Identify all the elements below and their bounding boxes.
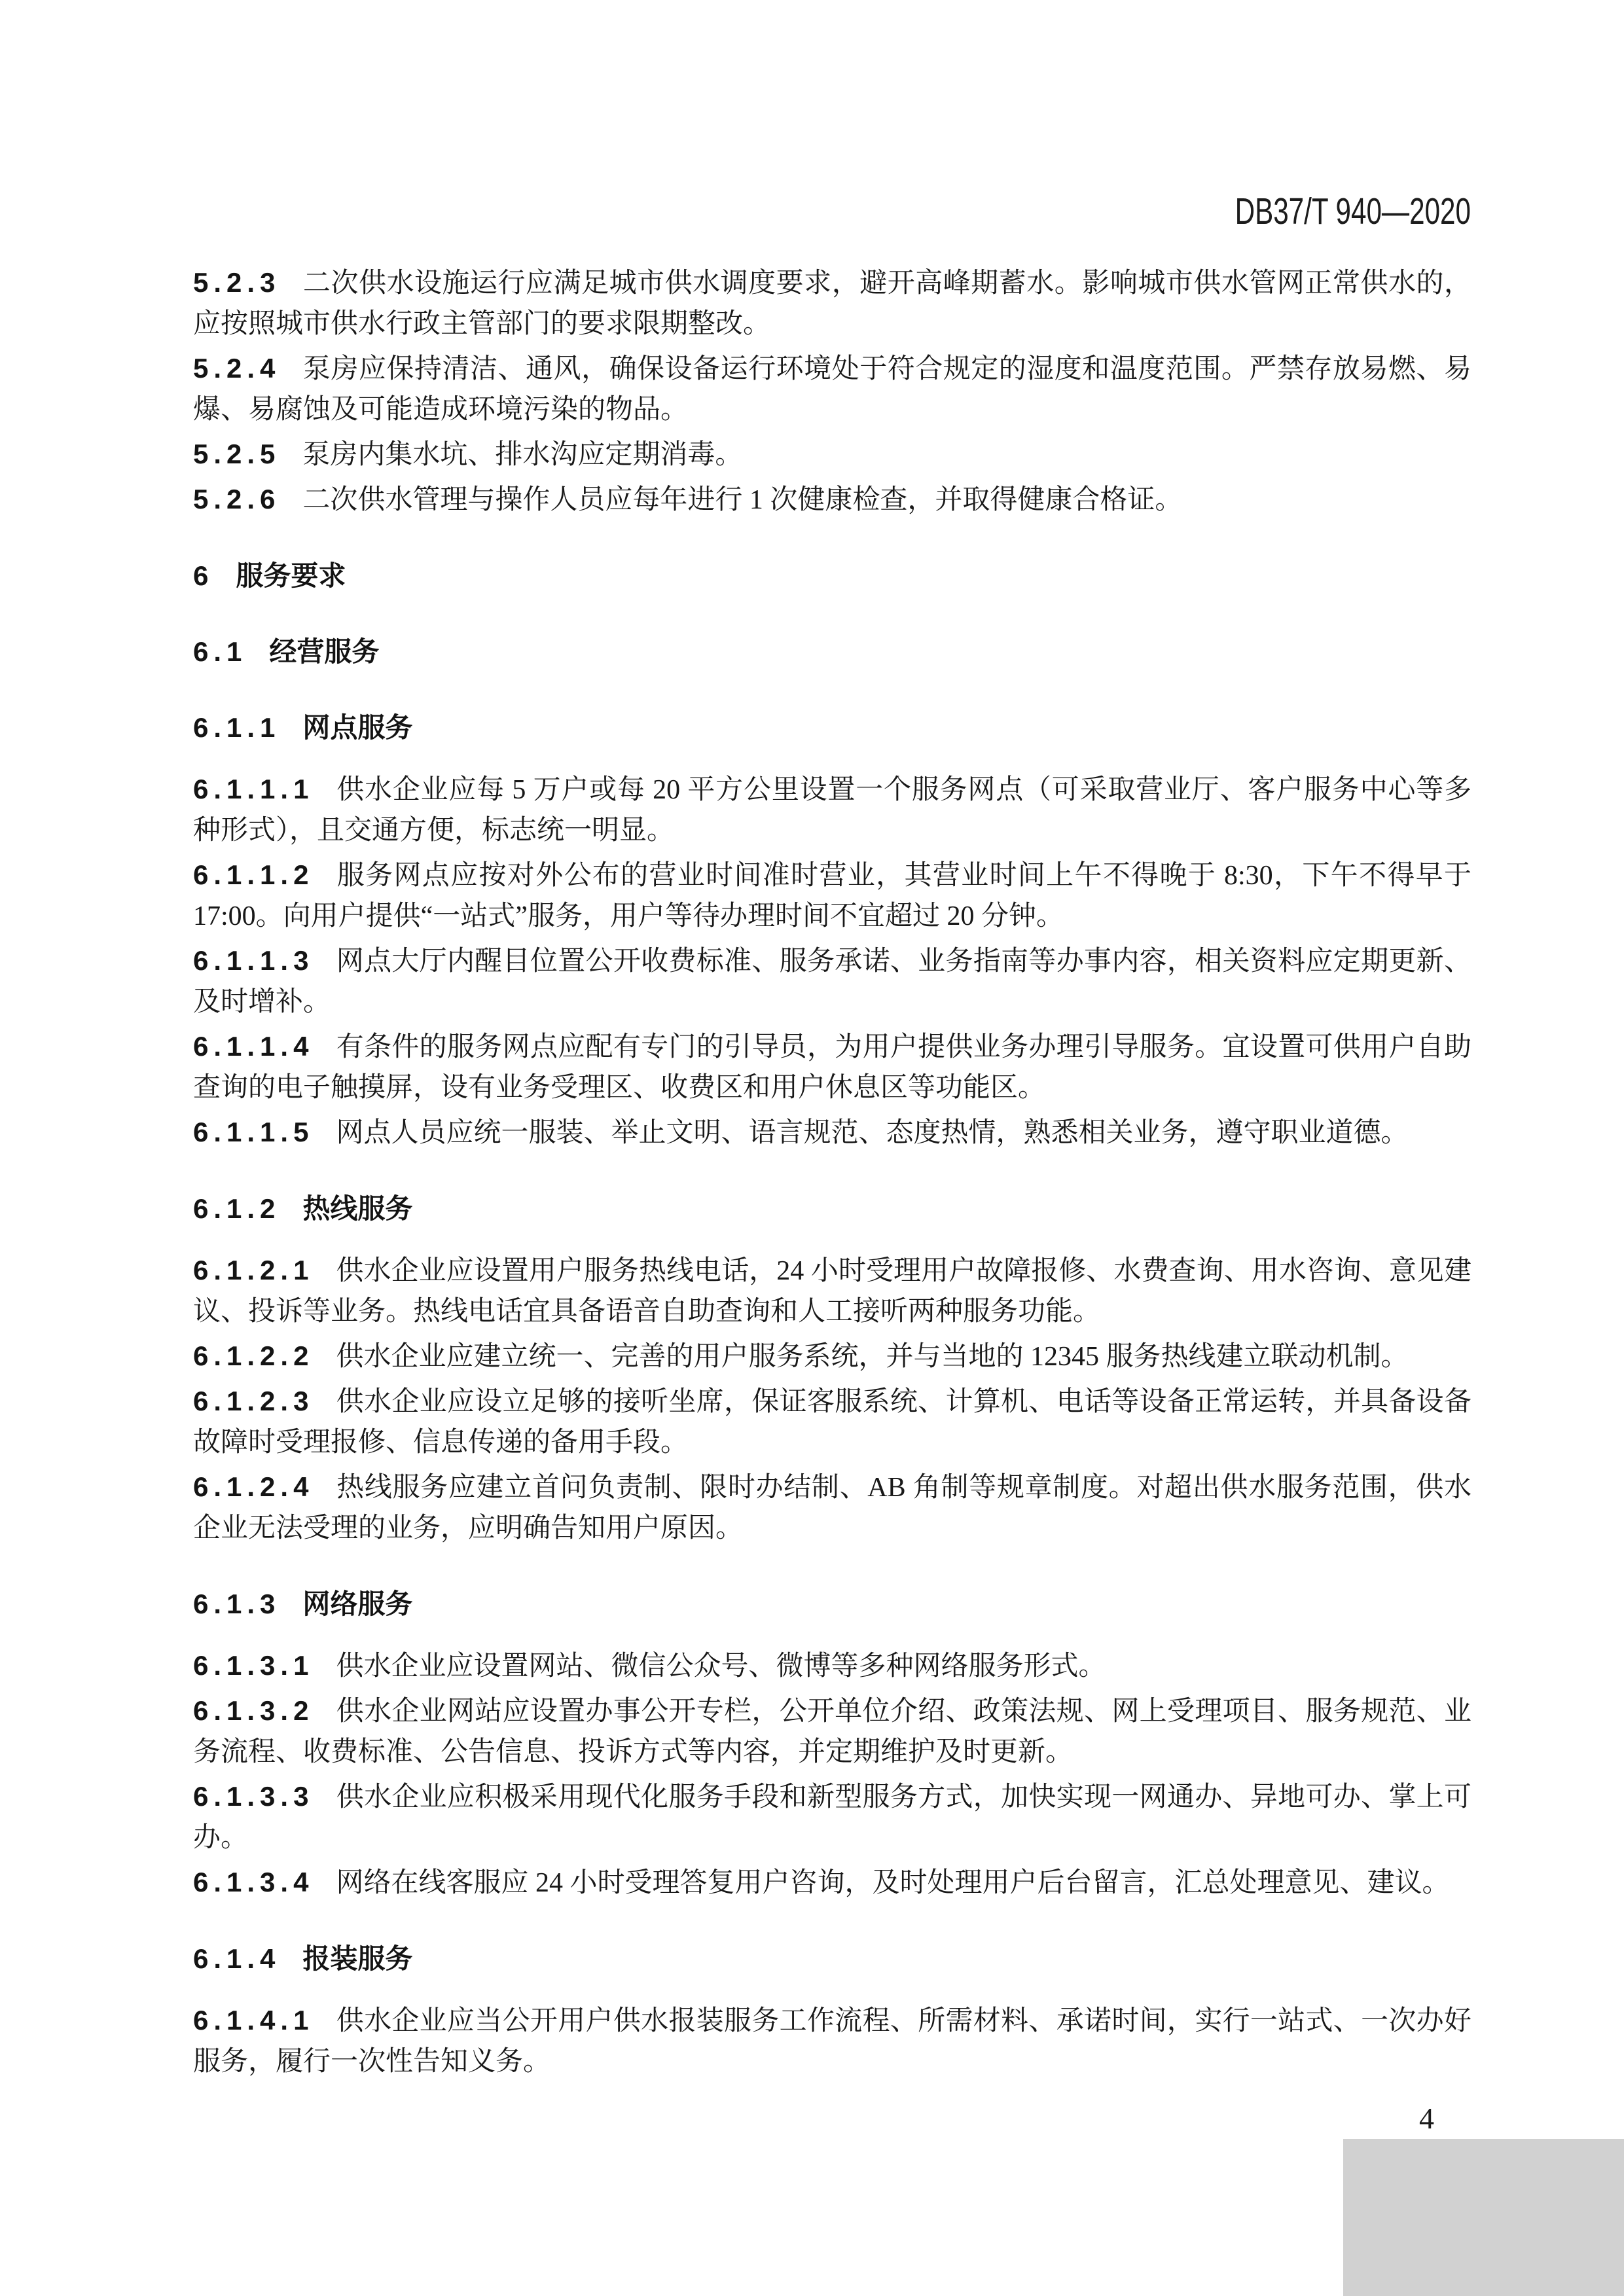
clause-text: 供水企业应建立统一、完善的用户服务系统，并与当地的 12345 服务热线建立联动… <box>336 1342 1408 1372</box>
section-heading: 6.1.3网络服务 <box>193 1584 1471 1624</box>
clause-text: 供水企业应设置网站、微信公众号、微博等多种网络服务形式。 <box>336 1651 1106 1681</box>
clause-number: 6.1.3.3 <box>193 1781 314 1812</box>
clause-number: 6.1.1 <box>193 712 280 743</box>
clause-number: 6.1.3 <box>193 1588 280 1619</box>
clause-number: 6.1.2.2 <box>193 1340 314 1371</box>
clause-text: 热线服务应建立首问负责制、限时办结制、AB 角制等规章制度。对超出供水服务范围，… <box>193 1473 1471 1543</box>
clause-number: 6.1.4 <box>193 1943 280 1974</box>
clause-number: 5.2.5 <box>193 439 280 469</box>
clause-paragraph: 6.1.1.3网点大厅内醒目位置公开收费标准、服务承诺、业务指南等办事内容，相关… <box>193 941 1471 1022</box>
clause-text: 泵房内集水坑、排水沟应定期消毒。 <box>302 440 742 470</box>
clause-text: 服务要求 <box>236 560 346 591</box>
clause-paragraph: 6.1.2.1供水企业应设置用户服务热线电话，24 小时受理用户故障报修、水费查… <box>193 1250 1471 1332</box>
section-heading: 6.1.4报装服务 <box>193 1939 1471 1979</box>
clause-text: 服务网点应按对外公布的营业时间准时营业，其营业时间上午不得晚于 8:30，下午不… <box>193 861 1471 931</box>
clause-paragraph: 5.2.6二次供水管理与操作人员应每年进行 1 次健康检查，并取得健康合格证。 <box>193 479 1471 520</box>
clause-number: 6.1.3.4 <box>193 1867 314 1897</box>
clause-text: 有条件的服务网点应配有专门的引导员，为用户提供业务办理引导服务。宜设置可供用户自… <box>193 1032 1471 1103</box>
clause-text: 报装服务 <box>302 1943 412 1974</box>
clause-paragraph: 5.2.5泵房内集水坑、排水沟应定期消毒。 <box>193 434 1471 475</box>
clause-paragraph: 6.1.1.4有条件的服务网点应配有专门的引导员，为用户提供业务办理引导服务。宜… <box>193 1026 1471 1108</box>
clause-text: 供水企业应设立足够的接听坐席，保证客服系统、计算机、电话等设备正常运转，并具备设… <box>193 1387 1471 1458</box>
clause-paragraph: 6.1.3.1供水企业应设置网站、微信公众号、微博等多种网络服务形式。 <box>193 1645 1471 1687</box>
section-heading: 6.1经营服务 <box>193 632 1471 672</box>
clause-text: 二次供水设施运行应满足城市供水调度要求，避开高峰期蓄水。影响城市供水管网正常供水… <box>193 268 1471 339</box>
clause-number: 6.1.2.3 <box>193 1386 314 1416</box>
clause-number: 6.1.1.5 <box>193 1117 314 1147</box>
clause-number: 6.1.2 <box>193 1193 280 1224</box>
document-content: 5.2.3二次供水设施运行应满足城市供水调度要求，避开高峰期蓄水。影响城市供水管… <box>193 262 1471 2086</box>
clause-number: 6.1.3.1 <box>193 1650 314 1681</box>
clause-text: 供水企业应设置用户服务热线电话，24 小时受理用户故障报修、水费查询、用水咨询、… <box>193 1256 1471 1327</box>
clause-text: 供水企业网站应设置办事公开专栏，公开单位介绍、政策法规、网上受理项目、服务规范、… <box>193 1696 1471 1767</box>
clause-number: 6.1.1.4 <box>193 1031 314 1062</box>
clause-number: 6 <box>193 560 213 591</box>
section-heading: 6服务要求 <box>193 556 1471 596</box>
section-heading: 6.1.1网点服务 <box>193 708 1471 748</box>
clause-text: 泵房应保持清洁、通风，确保设备运行环境处于符合规定的湿度和温度范围。严禁存放易燃… <box>193 354 1471 425</box>
clause-number: 6.1.2.1 <box>193 1255 314 1285</box>
clause-text: 供水企业应积极采用现代化服务手段和新型服务方式，加快实现一网通办、异地可办、掌上… <box>193 1782 1471 1853</box>
clause-paragraph: 5.2.4泵房应保持清洁、通风，确保设备运行环境处于符合规定的湿度和温度范围。严… <box>193 348 1471 430</box>
section-heading: 6.1.2热线服务 <box>193 1189 1471 1229</box>
clause-text: 经营服务 <box>269 636 379 667</box>
clause-number: 6.1.1.3 <box>193 945 314 976</box>
standard-number-header: DB37/T 940—2020 <box>1235 193 1471 230</box>
clause-text: 网点服务 <box>302 712 412 743</box>
clause-number: 6.1 <box>193 636 247 667</box>
clause-text: 网点大厅内醒目位置公开收费标准、服务承诺、业务指南等办事内容，相关资料应定期更新… <box>193 946 1471 1017</box>
clause-paragraph: 6.1.2.3供水企业应设立足够的接听坐席，保证客服系统、计算机、电话等设备正常… <box>193 1381 1471 1463</box>
clause-paragraph: 6.1.2.4热线服务应建立首问负责制、限时办结制、AB 角制等规章制度。对超出… <box>193 1467 1471 1549</box>
clause-paragraph: 6.1.1.5网点人员应统一服装、举止文明、语言规范、态度热情，熟悉相关业务，遵… <box>193 1112 1471 1153</box>
clause-paragraph: 6.1.4.1供水企业应当公开用户供水报装服务工作流程、所需材料、承诺时间，实行… <box>193 2000 1471 2082</box>
clause-number: 5.2.3 <box>193 267 280 298</box>
page-number: 4 <box>1419 2104 1434 2134</box>
clause-text: 网络服务 <box>302 1588 412 1619</box>
clause-paragraph: 6.1.1.2服务网点应按对外公布的营业时间准时营业，其营业时间上午不得晚于 8… <box>193 855 1471 937</box>
clause-paragraph: 6.1.3.3供水企业应积极采用现代化服务手段和新型服务方式，加快实现一网通办、… <box>193 1776 1471 1858</box>
clause-number: 6.1.4.1 <box>193 2005 314 2036</box>
clause-text: 供水企业应每 5 万户或每 20 平方公里设置一个服务网点（可采取营业厅、客户服… <box>193 775 1471 846</box>
clause-number: 6.1.2.4 <box>193 1471 314 1502</box>
scan-shadow-box <box>1343 2139 1624 2296</box>
clause-number: 6.1.1.1 <box>193 774 314 804</box>
document-page: DB37/T 940—2020 5.2.3二次供水设施运行应满足城市供水调度要求… <box>0 0 1624 2296</box>
clause-text: 网络在线客服应 24 小时受理答复用户咨询，及时处理用户后台留言，汇总处理意见、… <box>336 1868 1449 1898</box>
clause-number: 6.1.1.2 <box>193 859 314 890</box>
clause-number: 6.1.3.2 <box>193 1695 314 1726</box>
clause-text: 热线服务 <box>302 1193 412 1224</box>
clause-paragraph: 6.1.2.2供水企业应建立统一、完善的用户服务系统，并与当地的 12345 服… <box>193 1336 1471 1377</box>
clause-text: 供水企业应当公开用户供水报装服务工作流程、所需材料、承诺时间，实行一站式、一次办… <box>193 2006 1471 2077</box>
clause-paragraph: 6.1.3.2供水企业网站应设置办事公开专栏，公开单位介绍、政策法规、网上受理项… <box>193 1691 1471 1772</box>
clause-number: 5.2.4 <box>193 353 280 384</box>
clause-paragraph: 6.1.3.4网络在线客服应 24 小时受理答复用户咨询，及时处理用户后台留言，… <box>193 1862 1471 1903</box>
clause-text: 网点人员应统一服装、举止文明、语言规范、态度热情，熟悉相关业务，遵守职业道德。 <box>336 1118 1408 1148</box>
clause-text: 二次供水管理与操作人员应每年进行 1 次健康检查，并取得健康合格证。 <box>302 485 1182 515</box>
clause-number: 5.2.6 <box>193 484 280 514</box>
clause-paragraph: 6.1.1.1供水企业应每 5 万户或每 20 平方公里设置一个服务网点（可采取… <box>193 769 1471 851</box>
clause-paragraph: 5.2.3二次供水设施运行应满足城市供水调度要求，避开高峰期蓄水。影响城市供水管… <box>193 262 1471 344</box>
